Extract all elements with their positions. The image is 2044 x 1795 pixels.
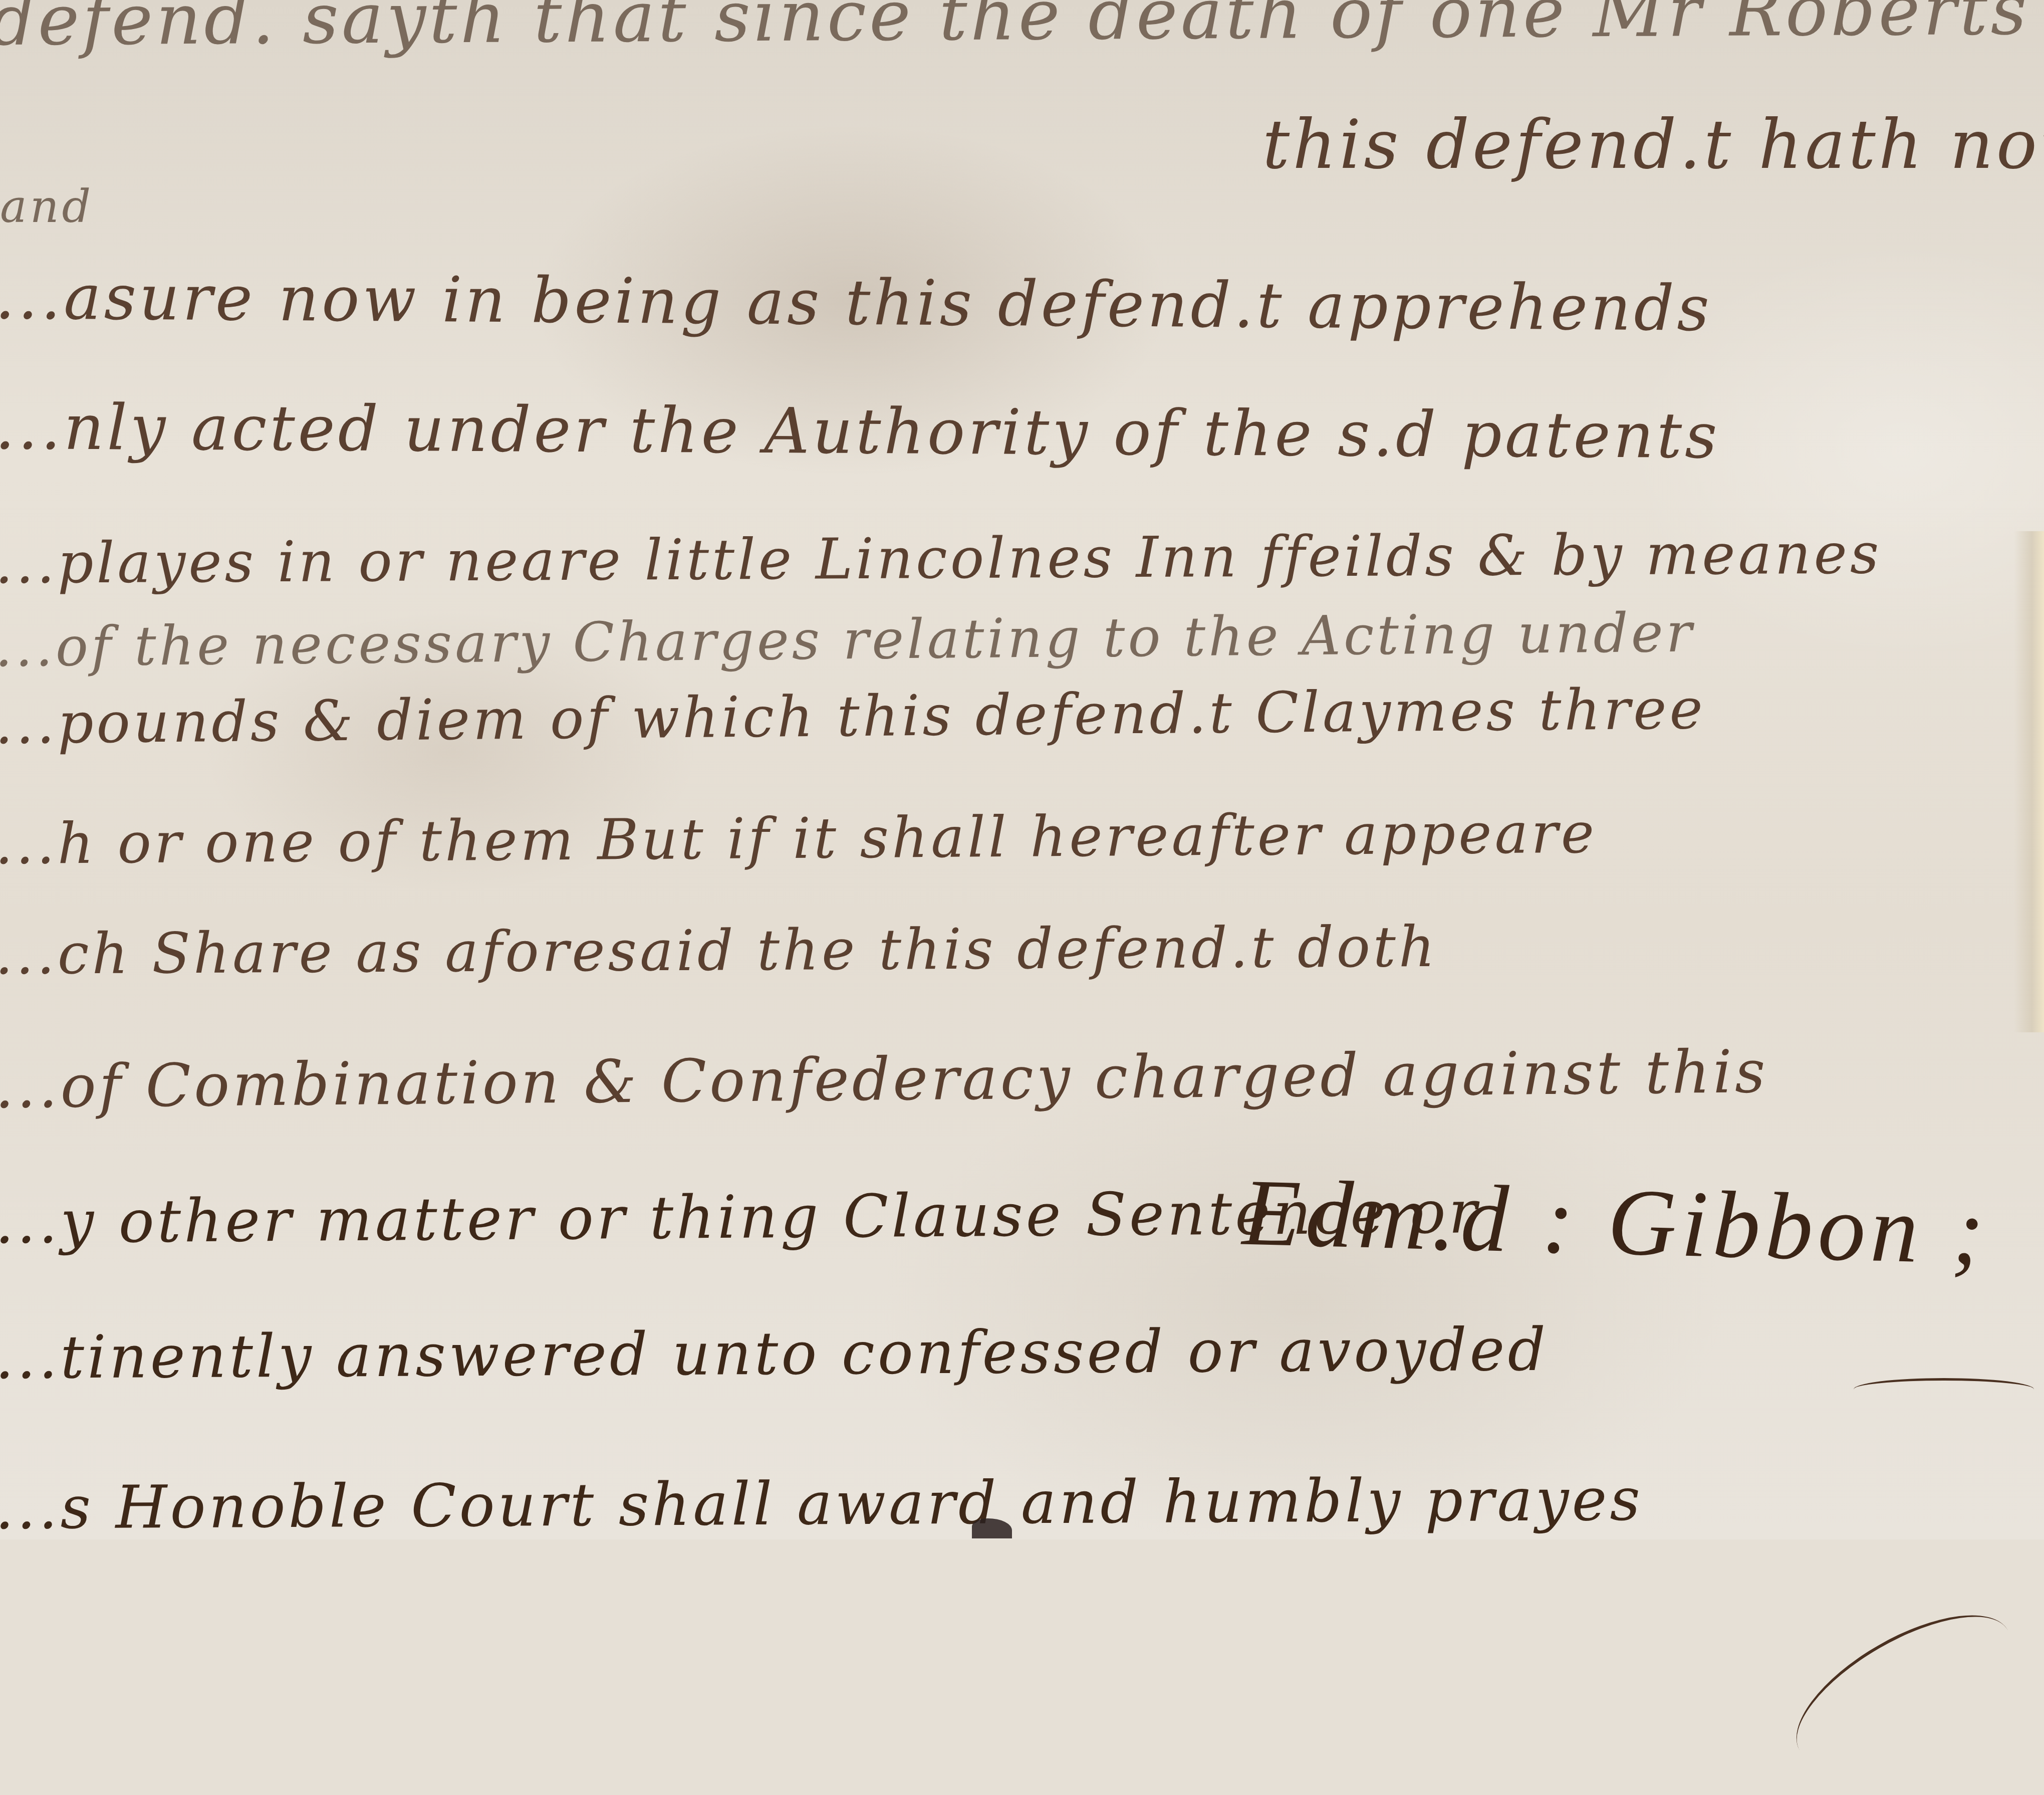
signature: Edm.d : Gibbon ;	[1241, 1158, 1990, 1287]
parchment-background	[0, 0, 2044, 1539]
document-line-2: this defend.t hath not	[1262, 105, 2044, 184]
document-line-3: and	[0, 180, 94, 233]
document-line-1: defend. sayth that since the death of on…	[0, 0, 2030, 62]
document-line-4: ...asure now in being as this defend.t a…	[0, 261, 1712, 345]
document-line-10: ...ch Share as aforesaid the this defend…	[0, 915, 1438, 987]
pen-flourish-line	[1854, 1378, 2034, 1401]
parchment-fold-edge	[2014, 531, 2044, 1032]
document-line-6: ...playes in or neare little Lincolnes I…	[0, 521, 1882, 596]
document-line-14: ...s Honoble Court shall award and humbl…	[0, 1465, 1643, 1539]
document-line-9: ...h or one of them But if it shall here…	[0, 801, 1598, 877]
document-line-13: ...tinently answered unto confessed or a…	[0, 1315, 1549, 1392]
document-line-5: ...nly acted under the Authority of the …	[0, 391, 1720, 473]
